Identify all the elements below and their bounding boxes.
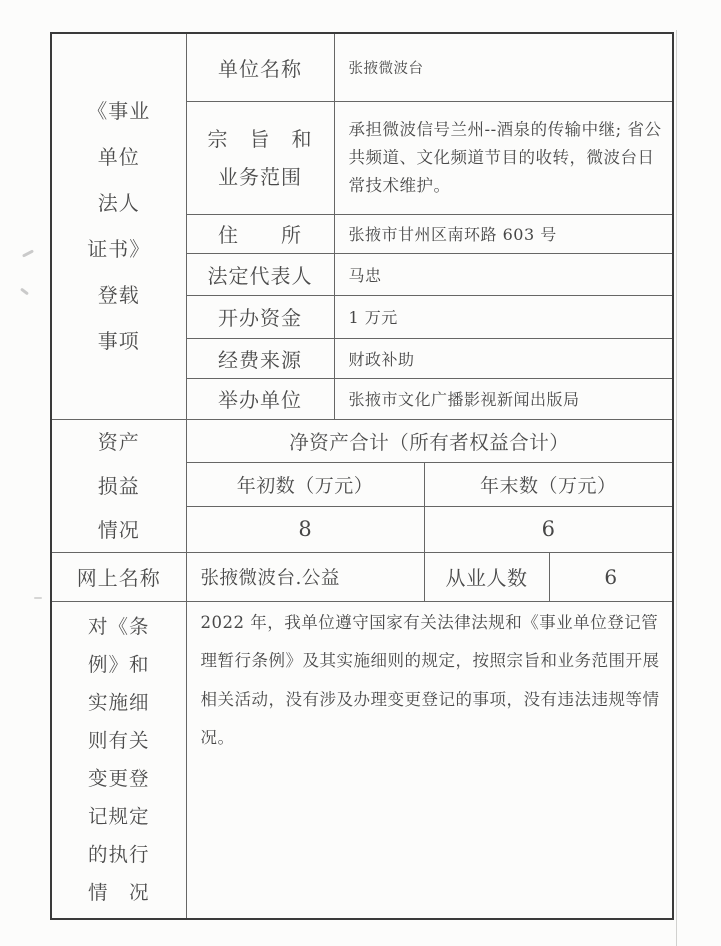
year-end-value: 6 bbox=[424, 507, 673, 552]
document-page: 《事业 单位 法人 证书》 登载 事项 单位名称 张掖微波台 宗 旨 和 业务范… bbox=[0, 0, 721, 946]
funding-source-label: 经费来源 bbox=[186, 338, 334, 378]
scan-artifact bbox=[22, 249, 34, 257]
purpose-value: 承担微波信号兰州--酒泉的传输中继; 省公 共频道、文化频道节目的收转，微波台日… bbox=[334, 101, 673, 214]
scan-artifact bbox=[20, 288, 29, 296]
compliance-statement: 2022 年，我单位遵守国家有关法律法规和《事业单位登记管 理暂行条例》及其实施… bbox=[186, 601, 673, 919]
year-end-label: 年末数（万元） bbox=[424, 462, 673, 506]
compliance-section-header: 对《条 例》和 实施细 则有关 变更登 记规定 的执行 情 况 bbox=[51, 601, 186, 919]
legal-representative-value: 马忠 bbox=[334, 253, 673, 295]
scan-artifact bbox=[34, 597, 42, 599]
assets-section-header: 资产 损益 情况 bbox=[51, 419, 186, 552]
online-name-label: 网上名称 bbox=[51, 552, 186, 601]
staff-count-value: 6 bbox=[549, 552, 673, 601]
scan-ghost-line bbox=[676, 30, 677, 946]
address-label: 住 所 bbox=[186, 214, 334, 253]
year-begin-label: 年初数（万元） bbox=[186, 462, 424, 506]
opening-capital-label: 开办资金 bbox=[186, 295, 334, 338]
purpose-label: 宗 旨 和 业务范围 bbox=[186, 101, 334, 214]
unit-name-value: 张掖微波台 bbox=[334, 33, 673, 101]
online-name-value: 张掖微波台.公益 bbox=[186, 552, 424, 601]
organizer-label: 举办单位 bbox=[186, 378, 334, 419]
opening-capital-value: 1 万元 bbox=[334, 295, 673, 338]
certificate-section-header: 《事业 单位 法人 证书》 登载 事项 bbox=[51, 33, 186, 419]
funding-source-value: 财政补助 bbox=[334, 338, 673, 378]
address-value: 张掖市甘州区南环路 603 号 bbox=[334, 214, 673, 253]
year-begin-value: 8 bbox=[186, 507, 424, 552]
legal-representative-label: 法定代表人 bbox=[186, 253, 334, 295]
registration-form-table: 《事业 单位 法人 证书》 登载 事项 单位名称 张掖微波台 宗 旨 和 业务范… bbox=[50, 32, 674, 920]
net-assets-total-label: 净资产合计（所有者权益合计） bbox=[186, 419, 673, 462]
unit-name-label: 单位名称 bbox=[186, 33, 334, 101]
staff-count-label: 从业人数 bbox=[424, 552, 549, 601]
organizer-value: 张掖市文化广播影视新闻出版局 bbox=[334, 378, 673, 419]
